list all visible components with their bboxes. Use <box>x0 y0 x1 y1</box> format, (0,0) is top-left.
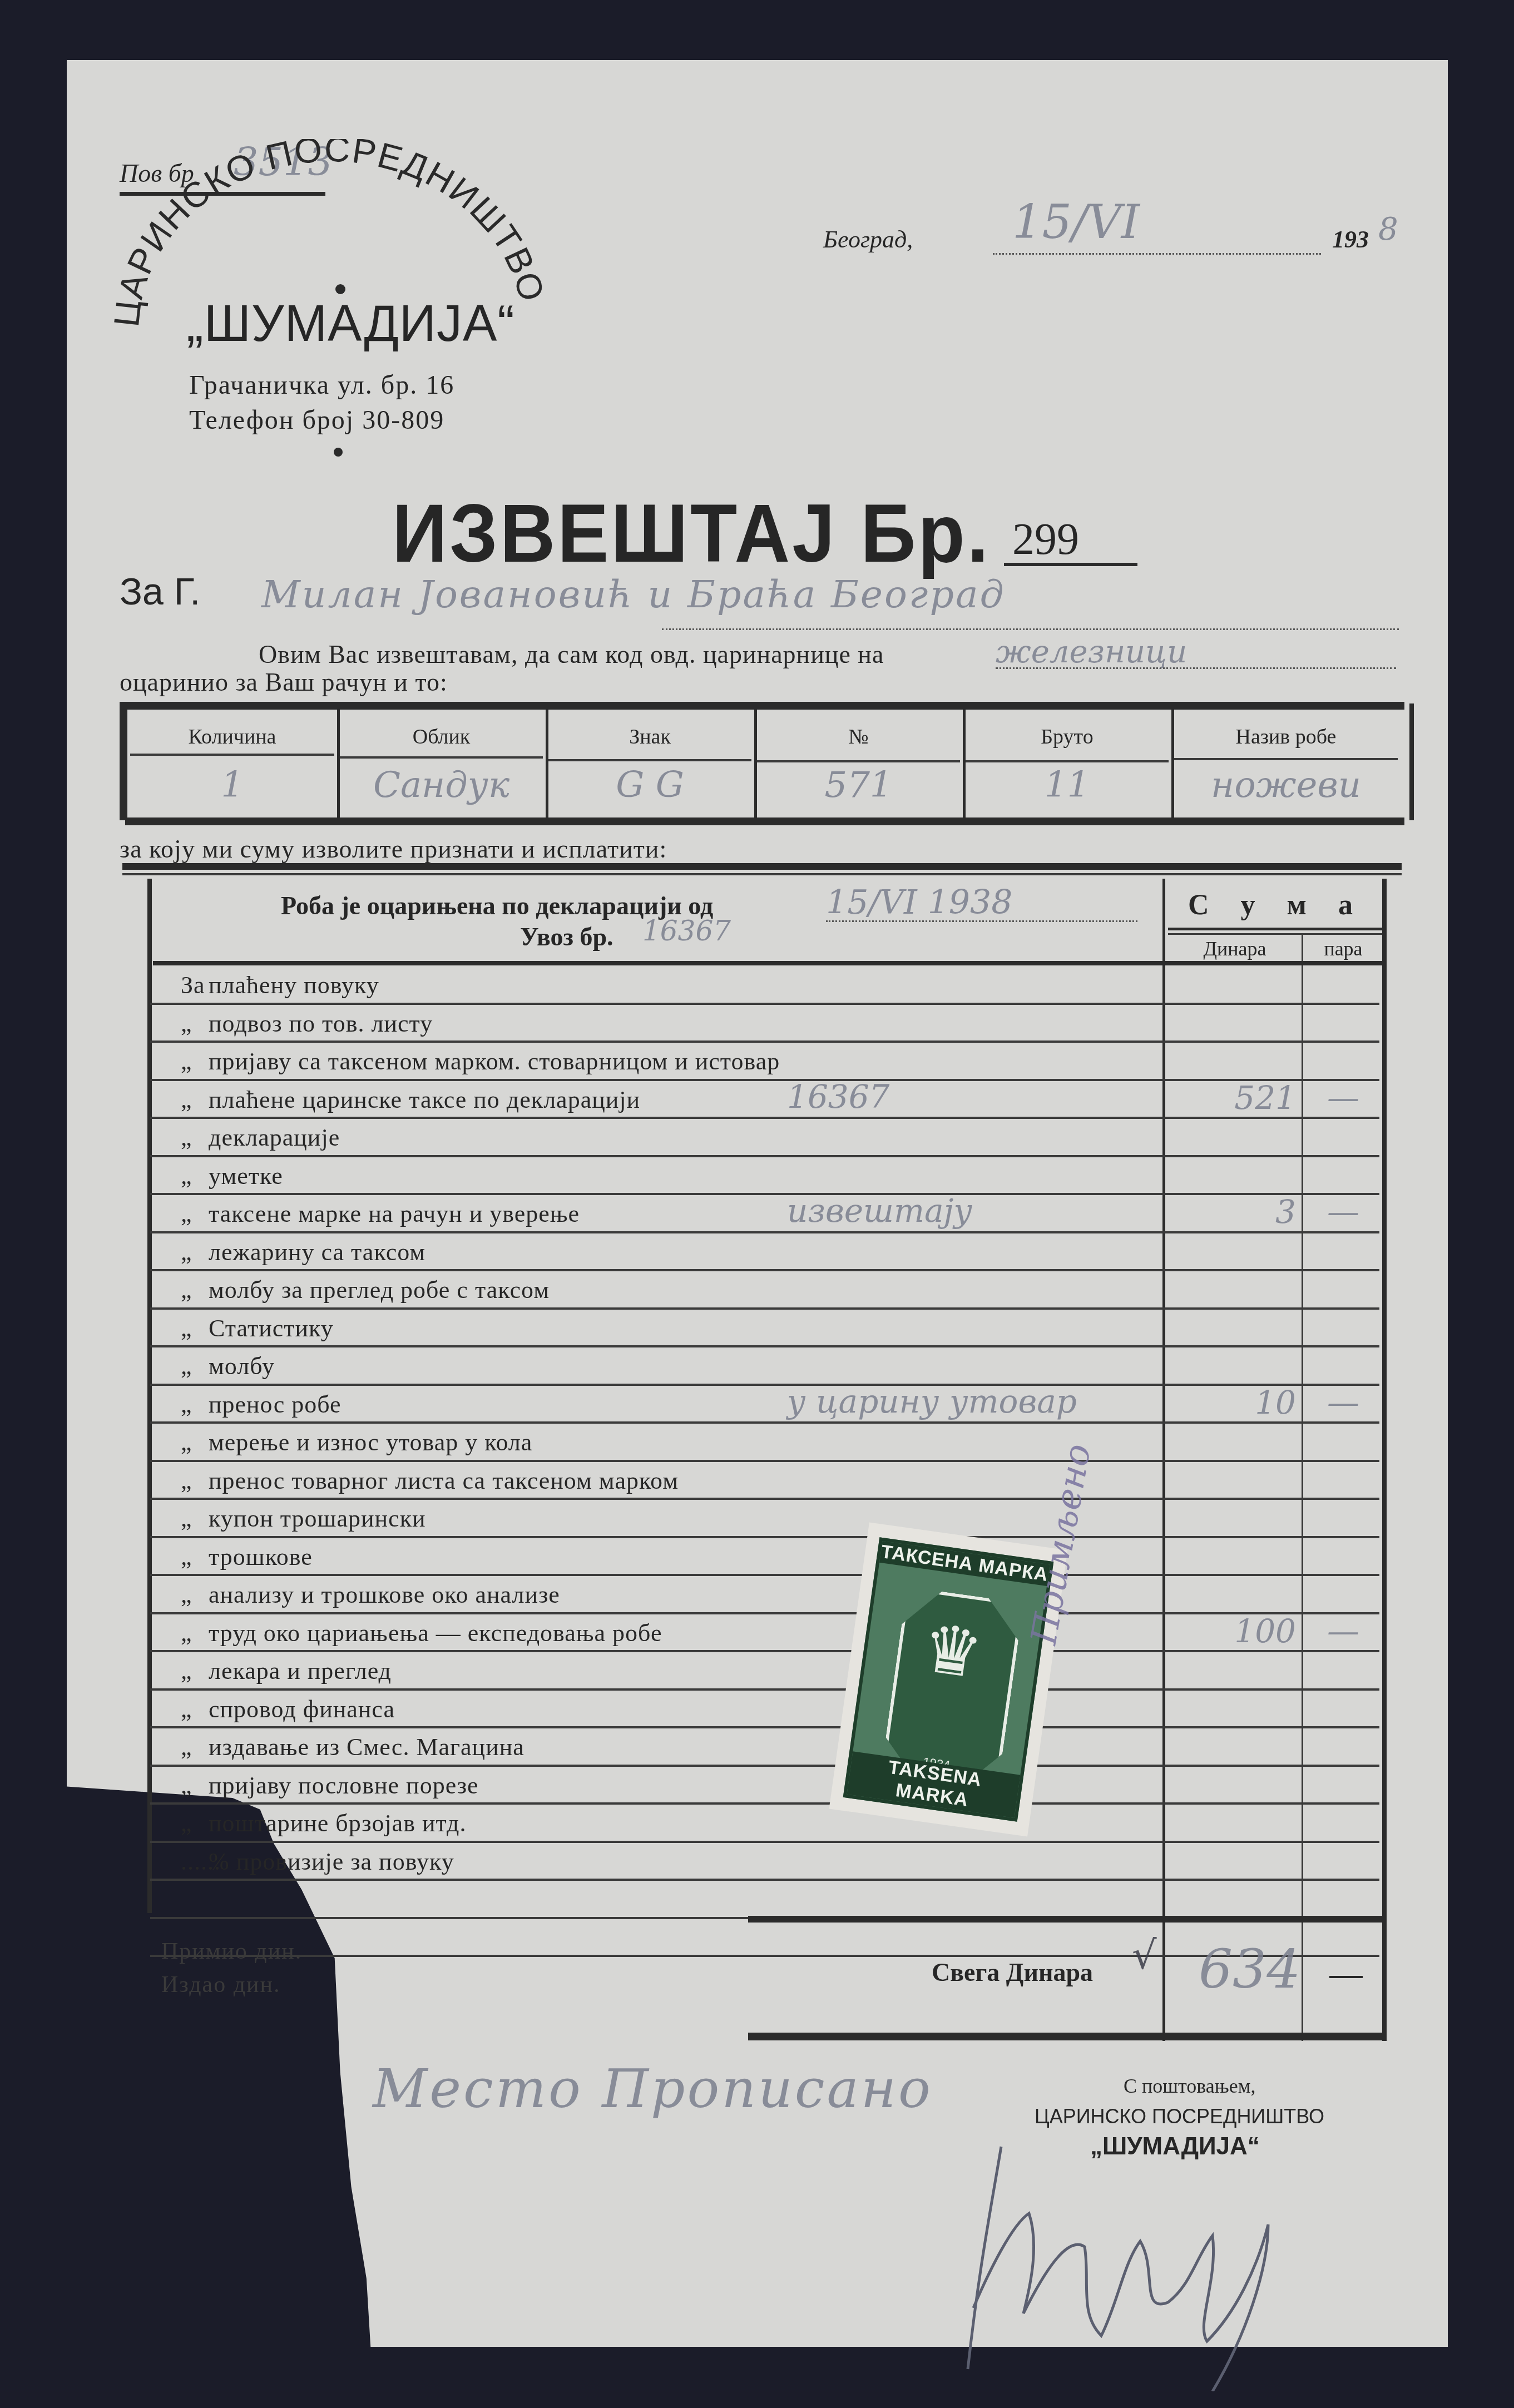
revenue-stamp: ТАКСЕНА МАРКА ♛ 1934 3 3 ДИНАРА TAKSENA … <box>829 1522 1068 1836</box>
table-row: „лекара и преглед <box>147 1652 1385 1691</box>
row-text: труд око цариањења — експедовања робе <box>209 1619 662 1647</box>
row-label: „издавање из Смес. Магацина <box>181 1733 525 1761</box>
goods-col-form: Облик Сандук <box>337 709 548 817</box>
total-checkmark-icon: √ <box>1132 1933 1157 1978</box>
row-label: „уметке <box>181 1162 283 1190</box>
row-label: „спровод финанса <box>181 1695 395 1723</box>
row-para: — <box>1307 1612 1379 1650</box>
year-prefix: 193 <box>1332 225 1369 254</box>
row-label: „пренос робе <box>181 1390 342 1419</box>
row-prefix: „ <box>181 1657 209 1685</box>
row-text: спровод финанса <box>209 1696 395 1723</box>
table-row: „лежарину са таксом <box>147 1233 1385 1272</box>
recipient-name: Милан Јовановић и Браћа Београд <box>261 573 1006 617</box>
issued-label: Издао дин. <box>161 1971 281 1998</box>
row-label: „лежарину са таксом <box>181 1238 425 1266</box>
table-row: „Статистику <box>147 1310 1385 1348</box>
row-prefix: ...... <box>181 1847 209 1876</box>
row-text: % провизије за повуку <box>209 1848 454 1875</box>
closing-text: С поштовањем, <box>1124 2074 1256 2098</box>
goods-col-goods-name: Назив робе ножеви <box>1171 709 1401 817</box>
total-value: 634 <box>1199 1938 1300 2000</box>
row-label: „подвоз по тов. листу <box>181 1009 433 1038</box>
table-row: „уметке <box>147 1157 1385 1196</box>
table-row: „молбу <box>147 1347 1385 1386</box>
row-prefix: „ <box>181 1162 209 1190</box>
row-para: — <box>1307 1079 1379 1117</box>
row-text: пријаву са таксеном марком. стоварницом … <box>209 1048 780 1075</box>
row-label: „молбу <box>181 1352 275 1380</box>
city-label: Београд, <box>823 225 913 254</box>
row-prefix: „ <box>181 1771 209 1800</box>
row-dinara: 3 <box>1168 1193 1296 1231</box>
row-prefix: За <box>181 971 209 999</box>
row-label: „купон трошарински <box>181 1504 426 1533</box>
row-text: поштарине брзојав итд. <box>209 1810 467 1837</box>
row-text: пренос товарног листа са таксеном марком <box>209 1467 679 1494</box>
table-row: „пренос товарног листа са таксеном марко… <box>147 1462 1385 1500</box>
row-note: извештају <box>787 1192 972 1230</box>
year-suffix: 8 <box>1378 211 1398 247</box>
table-row: „подвоз по тов. листу <box>147 1005 1385 1043</box>
row-label: „труд око цариањења — експедовања робе <box>181 1619 662 1647</box>
intro-location-handwritten: железници <box>996 634 1187 670</box>
table-row: Заплаћену повуку <box>147 967 1385 1005</box>
row-label: ......% провизије за повуку <box>181 1847 454 1876</box>
cell-number: 571 <box>754 765 963 806</box>
cell-form: Сандук <box>337 765 546 806</box>
header-quantity: Количина <box>127 725 337 749</box>
row-prefix: „ <box>181 1733 209 1761</box>
table-row: „пренос робеу царину утовар10— <box>147 1386 1385 1424</box>
row-text: молбу <box>209 1352 275 1380</box>
table-row: „спровод финанса <box>147 1691 1385 1729</box>
row-prefix: „ <box>181 1123 209 1152</box>
sum-header-rule-2 <box>1168 933 1382 935</box>
sum-header: С у м а <box>1171 889 1382 921</box>
row-dinara: 10 <box>1168 1384 1296 1421</box>
row-prefix: „ <box>181 1276 209 1304</box>
row-text: купон трошарински <box>209 1505 426 1532</box>
row-text: уметке <box>209 1162 283 1190</box>
row-prefix: „ <box>181 1809 209 1837</box>
company-name: „ШУМАДИЈА“ <box>186 295 515 353</box>
row-prefix: „ <box>181 1009 209 1038</box>
row-label: „лекара и преглед <box>181 1657 392 1685</box>
row-prefix: „ <box>181 1390 209 1419</box>
cell-gross: 11 <box>963 765 1171 806</box>
row-text: лекара и преглед <box>209 1657 392 1684</box>
goods-col-mark: Знак G G <box>546 709 757 817</box>
row-text: трошкове <box>209 1543 313 1570</box>
header-mark: Знак <box>546 725 754 749</box>
row-label: „поштарине брзојав итд. <box>181 1809 467 1837</box>
total-top-border <box>748 1916 1387 1923</box>
row-dinara: 100 <box>1168 1612 1296 1650</box>
row-prefix: „ <box>181 1238 209 1266</box>
row-text: таксене марке на рачун и уверење <box>209 1200 580 1227</box>
row-label: „пријаву пословне порезе <box>181 1771 479 1800</box>
header-bottom-border <box>153 961 1382 965</box>
table-row: „молбу за преглед робе с таксом <box>147 1271 1385 1310</box>
recipient-dotted-line <box>662 628 1399 630</box>
table-row: „анализу и трошкове око анализе <box>147 1576 1385 1614</box>
row-text: подвоз по тов. листу <box>209 1010 433 1037</box>
total-bottom-border <box>748 2033 1387 2040</box>
row-text: молбу за преглед робе с таксом <box>209 1276 550 1304</box>
row-text: плаћену повуку <box>209 972 379 999</box>
table-row: „трошкове <box>147 1538 1385 1577</box>
row-note: 16367 <box>787 1078 890 1116</box>
declaration-dotted-line <box>826 920 1137 922</box>
table-row: „купон трошарински <box>147 1500 1385 1538</box>
table-row: „издавање из Смес. Магацина <box>147 1728 1385 1767</box>
signature-icon <box>957 2102 1313 2391</box>
table-row <box>147 1881 1385 1919</box>
row-prefix: „ <box>181 1695 209 1723</box>
intro-line-2: оцаринио за Ваш рачун и то: <box>120 667 448 697</box>
row-prefix: „ <box>181 1543 209 1571</box>
row-label: „пријаву са таксеном марком. стоварницом… <box>181 1047 780 1076</box>
row-prefix: „ <box>181 1314 209 1342</box>
goods-table-bottom-border <box>125 817 1404 825</box>
logo-dot <box>334 448 343 457</box>
handwritten-footer-note: Mесто Прописано <box>373 2058 933 2120</box>
date-dotted-line <box>993 253 1321 255</box>
row-text: пријаву пословне порезе <box>209 1772 479 1799</box>
header-number: № <box>754 725 963 749</box>
col-para-header: пара <box>1304 937 1382 960</box>
row-label: „таксене марке на рачун и уверење <box>181 1200 580 1228</box>
goods-col-gross: Бруто 11 <box>963 709 1174 817</box>
goods-col-number: № 571 <box>754 709 966 817</box>
row-prefix: „ <box>181 1352 209 1380</box>
report-title: ИЗВЕШТАЈ Бр. <box>392 486 991 582</box>
main-table-top-border <box>122 863 1402 870</box>
cell-goods-name: ножеви <box>1171 765 1401 806</box>
row-prefix: „ <box>181 1047 209 1076</box>
header-form: Облик <box>337 725 546 749</box>
sum-request-text: за коју ми суму изволите признати и испл… <box>120 834 667 864</box>
row-prefix: „ <box>181 1504 209 1533</box>
double-headed-eagle-icon: ♛ <box>863 1602 1041 1702</box>
table-row: „пријаву пословне порезе <box>147 1767 1385 1805</box>
intro-line-1: Овим Вас извештавам, да сам код овд. цар… <box>259 640 884 669</box>
received-label: Примио дин. <box>161 1938 302 1965</box>
row-para: — <box>1307 1193 1379 1231</box>
row-text: мерење и износ утовар у кола <box>209 1429 532 1456</box>
row-label: „декларације <box>181 1123 340 1152</box>
recipient-label: За Г. <box>120 570 200 613</box>
row-prefix: „ <box>181 1580 209 1609</box>
table-row: „декларације <box>147 1119 1385 1157</box>
table-row: „таксене марке на рачун и уверењеизвешта… <box>147 1195 1385 1233</box>
stamp-top-text: ТАКСЕНА МАРКА <box>879 1541 1050 1586</box>
table-row: „труд око цариањења — експедовања робе10… <box>147 1614 1385 1653</box>
row-text: лежарину са таксом <box>209 1238 425 1266</box>
declaration-date-handwritten: 15/VI 1938 <box>826 883 1012 922</box>
table-row: ......% провизије за повуку <box>147 1843 1385 1881</box>
row-rule <box>150 1955 1379 1957</box>
main-table-top-rule <box>122 873 1402 875</box>
row-label: „пренос товарног листа са таксеном марко… <box>181 1466 679 1495</box>
total-label: Свега Динара <box>932 1958 1093 1987</box>
row-text: Статистику <box>209 1315 334 1342</box>
row-prefix: „ <box>181 1466 209 1495</box>
table-row: „поштарине брзојав итд. <box>147 1805 1385 1843</box>
row-text: анализу и трошкове око анализе <box>209 1581 560 1608</box>
company-address: Грачаничка ул. бр. 16 <box>189 370 454 400</box>
main-table: Роба је оцарињена по декларацији од 15/V… <box>147 879 1385 2055</box>
row-label: „молбу за преглед робе с таксом <box>181 1276 550 1304</box>
import-number-label: Увоз бр. <box>520 922 613 952</box>
row-prefix: „ <box>181 1086 209 1114</box>
row-label: „Статистику <box>181 1314 334 1342</box>
row-text: плаћене царинске таксе по декларацији <box>209 1086 640 1113</box>
col-dinara-header: Динара <box>1168 937 1302 960</box>
date-handwritten: 15/VI <box>1012 195 1140 249</box>
row-note: у царину утовар <box>787 1383 1077 1420</box>
row-label: „плаћене царинске таксе по декларацији <box>181 1086 640 1114</box>
goods-table: Количина 1 Облик Сандук Знак G G № 571 Б… <box>120 703 1414 820</box>
cell-mark: G G <box>546 765 754 806</box>
cell-quantity: 1 <box>127 765 337 806</box>
intro-dotted-line <box>996 667 1396 669</box>
row-text: пренос робе <box>209 1391 342 1418</box>
report-number-underline <box>1004 563 1137 566</box>
sum-header-rule <box>1168 928 1382 930</box>
row-prefix: „ <box>181 1200 209 1228</box>
row-dinara: 521 <box>1168 1079 1296 1117</box>
row-prefix: „ <box>181 1428 209 1456</box>
report-number: 299 <box>1012 514 1079 565</box>
row-label: Заплаћену повуку <box>181 971 379 999</box>
row-label: „анализу и трошкове око анализе <box>181 1580 560 1609</box>
header-gross: Бруто <box>963 725 1171 749</box>
table-row: „пријаву са таксеном марком. стоварницом… <box>147 1043 1385 1081</box>
goods-col-quantity: Количина 1 <box>127 709 340 817</box>
table-row: „плаћене царинске таксе по декларацији16… <box>147 1081 1385 1119</box>
row-prefix: „ <box>181 1619 209 1647</box>
import-number-handwritten: 16367 <box>642 915 731 947</box>
row-para: — <box>1307 1384 1379 1421</box>
company-phone: Телефон број 30-809 <box>189 405 444 435</box>
row-label <box>181 1885 209 1914</box>
row-label: „трошкове <box>181 1543 313 1571</box>
row-text: издавање из Смес. Магацина <box>209 1733 525 1761</box>
row-text: декларације <box>209 1124 340 1151</box>
row-label: „мерење и износ утовар у кола <box>181 1428 532 1456</box>
table-row: „мерење и износ утовар у кола <box>147 1424 1385 1462</box>
total-para: — <box>1329 1955 1363 1993</box>
header-goods-name: Назив робе <box>1171 725 1401 749</box>
